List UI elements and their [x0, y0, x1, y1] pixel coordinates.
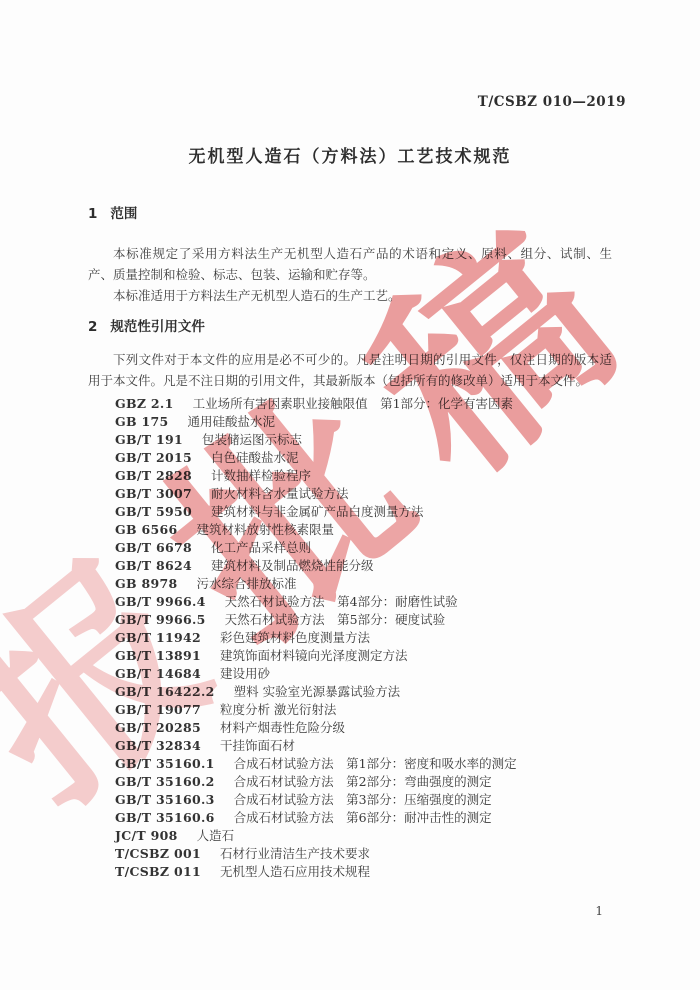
reference-item: GB/T 35160.3合成石材试验方法 第3部分：压缩强度的测定 [115, 791, 612, 809]
reference-code: T/CSBZ 001 [115, 846, 201, 861]
reference-item: GBZ 2.1工业场所有害因素职业接触限值 第1部分：化学有害因素 [115, 395, 612, 413]
reference-code: GB 6566 [115, 522, 177, 537]
reference-title: 人造石 [197, 828, 235, 843]
reference-code: JC/T 908 [115, 828, 178, 843]
reference-code: GB 175 [115, 414, 169, 429]
section-2-number: 2 [88, 318, 97, 336]
reference-title: 塑料 实验室光源暴露试验方法 [234, 684, 400, 699]
reference-item: GB/T 9966.5天然石材试验方法 第5部分：硬度试验 [115, 611, 612, 629]
section-1-heading: 1范围 [88, 205, 612, 223]
reference-code: GB/T 35160.2 [115, 774, 215, 789]
reference-code: GB/T 13891 [115, 648, 201, 663]
document-title: 无机型人造石（方料法）工艺技术规范 [88, 147, 612, 168]
reference-title: 建筑材料及制品燃烧性能分级 [211, 558, 374, 573]
reference-item: GB/T 2828计数抽样检验程序 [115, 467, 612, 485]
reference-item: GB/T 2015白色硅酸盐水泥 [115, 449, 612, 467]
reference-item: GB/T 13891建筑饰面材料镜向光泽度测定方法 [115, 647, 612, 665]
reference-title: 建设用砂 [220, 666, 270, 681]
reference-item: GB 175通用硅酸盐水泥 [115, 413, 612, 431]
section-1-title: 范围 [110, 206, 137, 222]
reference-code: GB/T 11942 [115, 630, 201, 645]
reference-item: T/CSBZ 011无机型人造石应用技术规程 [115, 863, 612, 881]
reference-item: GB/T 11942彩色建筑材料色度测量方法 [115, 629, 612, 647]
document-page: T/CSBZ 010—2019 无机型人造石（方料法）工艺技术规范 1范围 本标… [0, 0, 700, 990]
reference-item: GB 6566建筑材料放射性核素限量 [115, 521, 612, 539]
reference-item: GB/T 8624建筑材料及制品燃烧性能分级 [115, 557, 612, 575]
reference-title: 计数抽样检验程序 [211, 468, 311, 483]
reference-item: T/CSBZ 001石材行业清洁生产技术要求 [115, 845, 612, 863]
reference-code: GB/T 191 [115, 432, 183, 447]
reference-title: 合成石材试验方法 第6部分：耐冲击性的测定 [234, 810, 492, 825]
section-1-number: 1 [88, 205, 97, 223]
reference-code: GB/T 20285 [115, 720, 201, 735]
reference-code: GB/T 16422.2 [115, 684, 215, 699]
references-intro-paragraph: 下列文件对于本文件的应用是必不可少的。凡是注明日期的引用文件，仅注日期的版本适用… [88, 349, 612, 391]
reference-item: GB/T 35160.2合成石材试验方法 第2部分：弯曲强度的测定 [115, 773, 612, 791]
reference-item: GB/T 35160.1合成石材试验方法 第1部分：密度和吸水率的测定 [115, 755, 612, 773]
section-2-title: 规范性引用文件 [110, 319, 205, 335]
reference-title: 建筑材料放射性核素限量 [196, 522, 334, 537]
reference-code: GB/T 35160.3 [115, 792, 215, 807]
reference-title: 包装储运图示标志 [202, 432, 302, 447]
section-2-heading: 2规范性引用文件 [88, 318, 612, 336]
reference-code: GB/T 3007 [115, 486, 192, 501]
reference-title: 彩色建筑材料色度测量方法 [220, 630, 370, 645]
reference-code: GB/T 6678 [115, 540, 192, 555]
reference-item: GB/T 3007耐火材料含水量试验方法 [115, 485, 612, 503]
reference-title: 建筑材料与非金属矿产品白度测量方法 [211, 504, 424, 519]
reference-item: JC/T 908人造石 [115, 827, 612, 845]
reference-title: 材料产烟毒性危险分级 [220, 720, 345, 735]
reference-item: GB/T 191包装储运图示标志 [115, 431, 612, 449]
reference-title: 天然石材试验方法 第4部分：耐磨性试验 [225, 594, 458, 609]
reference-code: GB/T 9966.4 [115, 594, 206, 609]
page-number: 1 [595, 904, 603, 918]
reference-title: 通用硅酸盐水泥 [188, 414, 276, 429]
reference-title: 干挂饰面石材 [220, 738, 295, 753]
reference-title: 石材行业清洁生产技术要求 [220, 846, 370, 861]
reference-code: GB/T 32834 [115, 738, 201, 753]
reference-item: GB/T 9966.4天然石材试验方法 第4部分：耐磨性试验 [115, 593, 612, 611]
reference-item: GB/T 5950建筑材料与非金属矿产品白度测量方法 [115, 503, 612, 521]
scope-paragraph-1: 本标准规定了采用方料法生产无机型人造石产品的术语和定义、原料、组分、试制、生产、… [88, 243, 612, 285]
reference-title: 工业场所有害因素职业接触限值 第1部分：化学有害因素 [193, 396, 513, 411]
reference-code: GB/T 14684 [115, 666, 201, 681]
reference-code: GB/T 2828 [115, 468, 192, 483]
reference-item: GB 8978污水综合排放标准 [115, 575, 612, 593]
reference-code: GB/T 35160.6 [115, 810, 215, 825]
references-list: GBZ 2.1工业场所有害因素职业接触限值 第1部分：化学有害因素GB 175通… [88, 395, 612, 881]
reference-item: GB/T 14684建设用砂 [115, 665, 612, 683]
reference-title: 合成石材试验方法 第2部分：弯曲强度的测定 [234, 774, 492, 789]
reference-title: 合成石材试验方法 第1部分：密度和吸水率的测定 [234, 756, 517, 771]
reference-code: GB/T 8624 [115, 558, 192, 573]
reference-code: GB/T 5950 [115, 504, 192, 519]
reference-title: 白色硅酸盐水泥 [211, 450, 299, 465]
reference-code: GB/T 9966.5 [115, 612, 206, 627]
reference-title: 耐火材料含水量试验方法 [211, 486, 349, 501]
reference-code: GBZ 2.1 [115, 396, 174, 411]
reference-title: 天然石材试验方法 第5部分：硬度试验 [225, 612, 445, 627]
reference-item: GB/T 6678化工产品采样总则 [115, 539, 612, 557]
reference-title: 无机型人造石应用技术规程 [220, 864, 370, 879]
scope-paragraph-2: 本标准适用于方料法生产无机型人造石的生产工艺。 [88, 285, 612, 306]
reference-item: GB/T 19077粒度分析 激光衍射法 [115, 701, 612, 719]
reference-item: GB/T 35160.6合成石材试验方法 第6部分：耐冲击性的测定 [115, 809, 612, 827]
reference-title: 化工产品采样总则 [211, 540, 311, 555]
page-content: 无机型人造石（方料法）工艺技术规范 1范围 本标准规定了采用方料法生产无机型人造… [88, 0, 612, 881]
reference-code: GB 8978 [115, 576, 177, 591]
reference-code: T/CSBZ 011 [115, 864, 201, 879]
reference-code: GB/T 35160.1 [115, 756, 215, 771]
reference-title: 建筑饰面材料镜向光泽度测定方法 [220, 648, 408, 663]
reference-title: 污水综合排放标准 [196, 576, 296, 591]
reference-item: GB/T 16422.2塑料 实验室光源暴露试验方法 [115, 683, 612, 701]
reference-code: GB/T 19077 [115, 702, 201, 717]
reference-title: 粒度分析 激光衍射法 [220, 702, 336, 717]
reference-item: GB/T 32834干挂饰面石材 [115, 737, 612, 755]
reference-title: 合成石材试验方法 第3部分：压缩强度的测定 [234, 792, 492, 807]
reference-code: GB/T 2015 [115, 450, 192, 465]
reference-item: GB/T 20285材料产烟毒性危险分级 [115, 719, 612, 737]
